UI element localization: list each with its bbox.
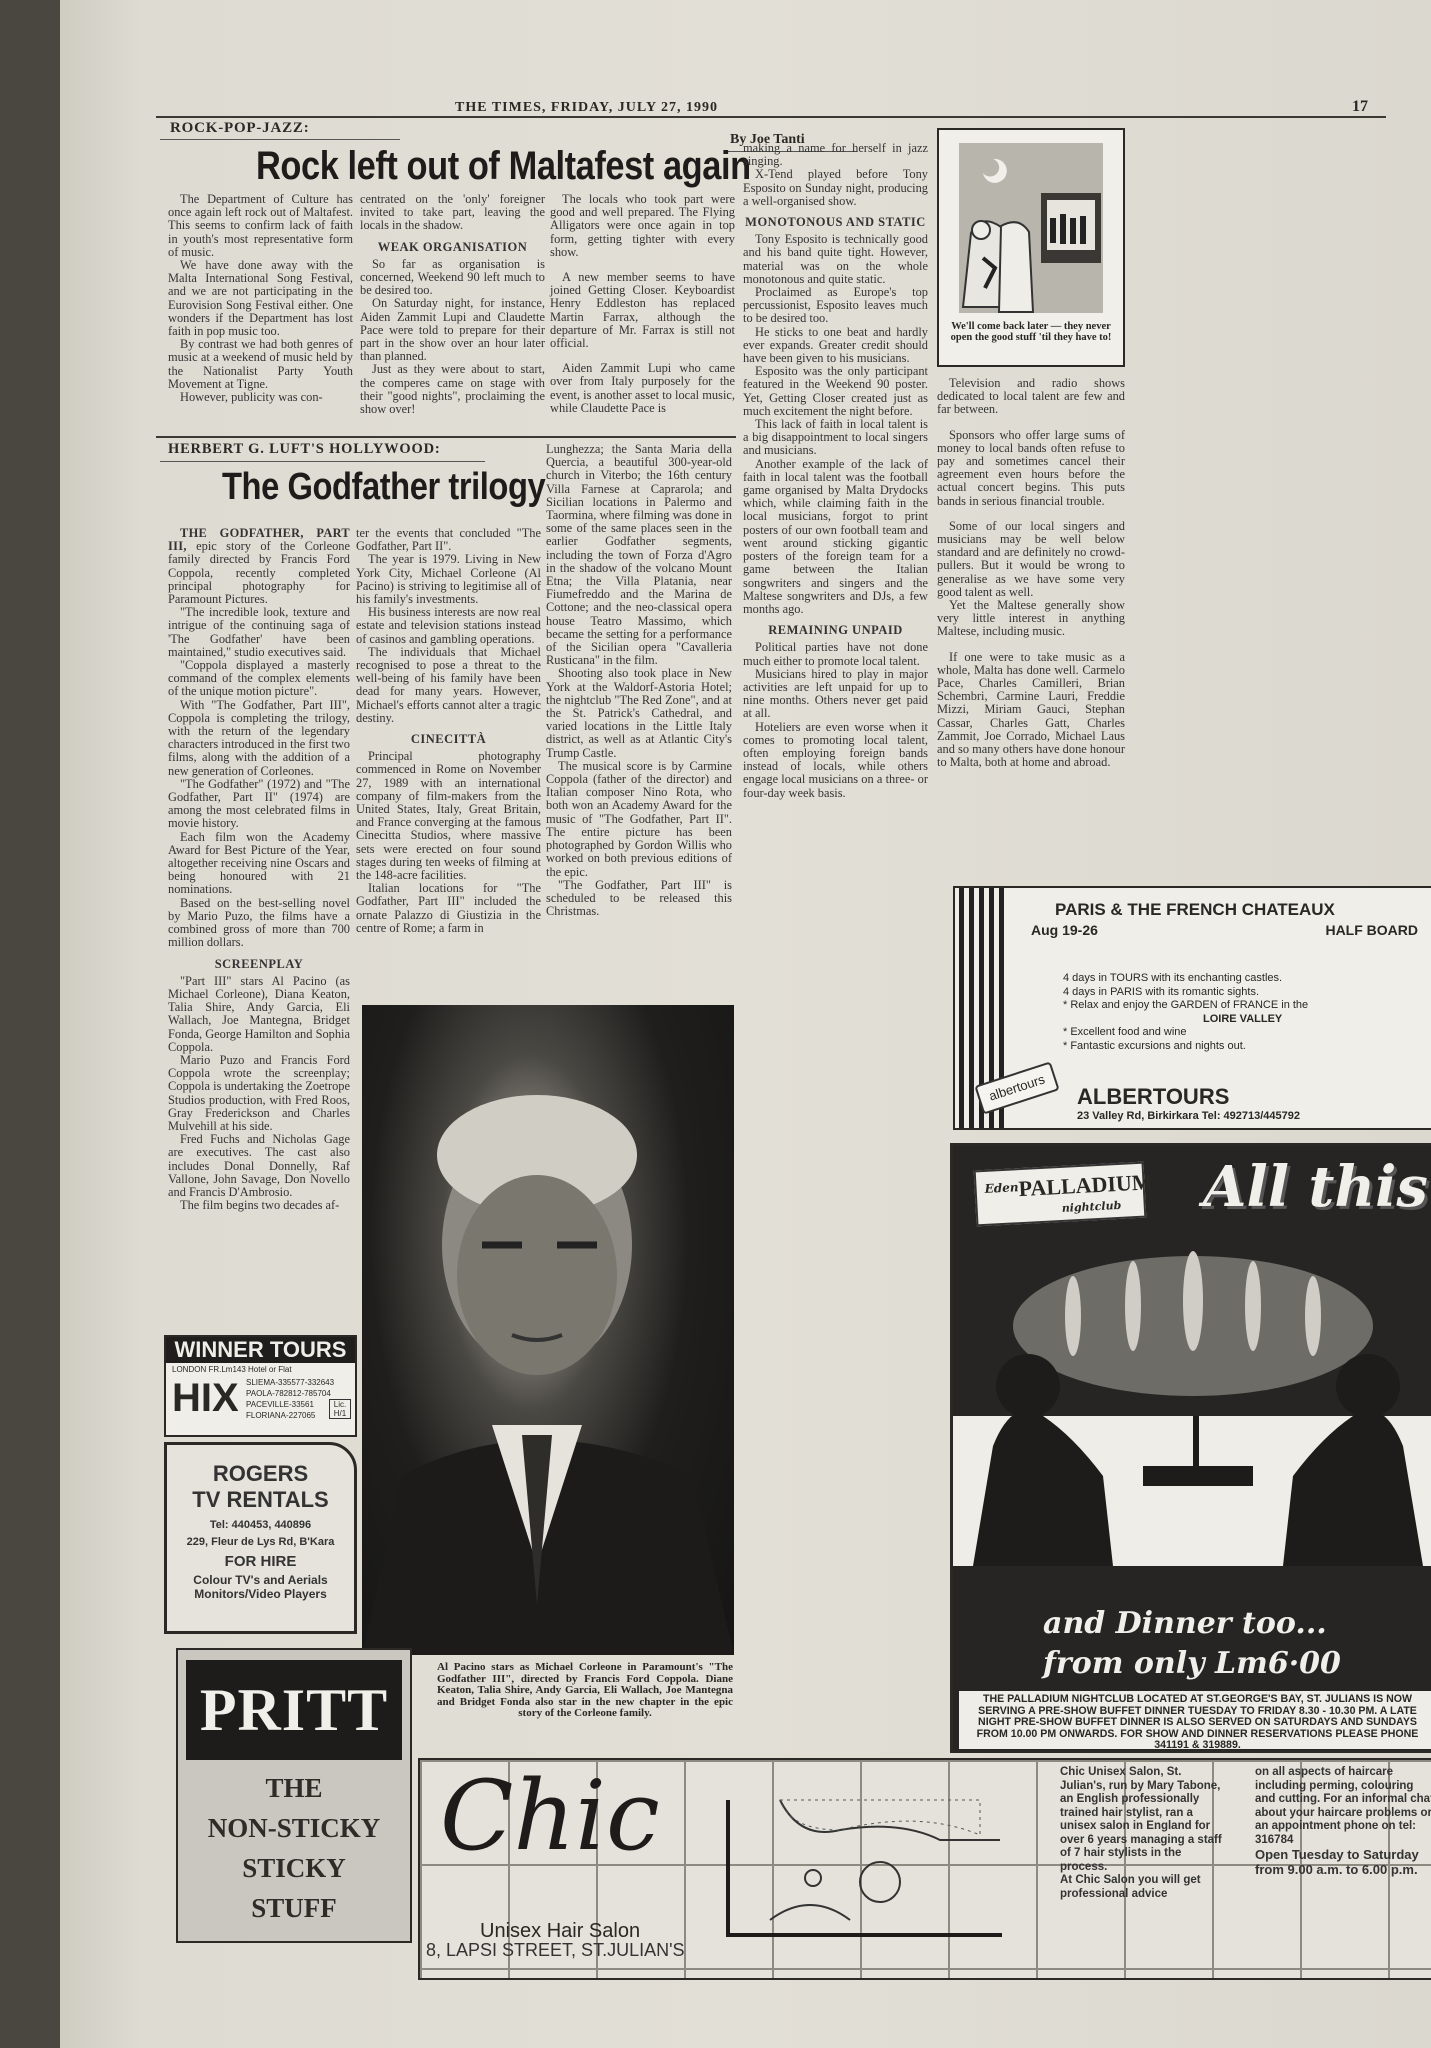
albertours-brand: ALBERTOURS — [1077, 1084, 1229, 1110]
cartoon-caption: We'll come back later — they never open … — [945, 321, 1117, 343]
palladium-price: from only Lm6·00 — [1043, 1646, 1341, 1681]
godfather-col-1: THE GODFATHER, PART III, epic story of t… — [168, 527, 350, 1212]
winner-tours-ad[interactable]: WINNER TOURS LONDON FR.Lm143 Hotel or Fl… — [164, 1335, 357, 1437]
subhead-weak-organisation: WEAK ORGANISATION — [360, 241, 545, 254]
running-header: THE TIMES, FRIDAY, JULY 27, 1990 — [455, 100, 718, 116]
rock-col-3: The locals who took part were good and w… — [550, 193, 735, 415]
pritt-ad[interactable]: PRITT THE NON-STICKY STICKY STUFF — [176, 1648, 412, 1943]
subhead-cinecitta: CINECITTÀ — [356, 733, 541, 746]
rock-col-4: making a name for herself in jazz singin… — [743, 142, 928, 800]
godfather-kicker: HERBERT G. LUFT'S HOLLYWOOD: — [168, 441, 440, 458]
newspaper-page: THE TIMES, FRIDAY, JULY 27, 1990 17 ROCK… — [60, 0, 1431, 2048]
location-map-icon — [720, 1790, 1010, 1940]
godfather-headline: The Godfather trilogy — [222, 466, 545, 509]
rock-col-2: centrated on the 'only' foreigner invite… — [360, 193, 545, 416]
palladium-tagline-1: and Dinner too... — [1043, 1606, 1327, 1641]
chic-address: 8, LAPSI STREET, ST.JULIAN'S — [426, 1940, 685, 1961]
cartoon-box: We'll come back later — they never open … — [937, 128, 1125, 367]
dinner-silhouette-icon — [953, 1246, 1431, 1566]
rock-headline: Rock left out of Maltafest again — [256, 144, 751, 189]
kicker-rule — [160, 139, 400, 140]
page-number: 17 — [1352, 98, 1368, 116]
godfather-col-3: Lunghezza; the Santa Maria della Quercia… — [546, 443, 732, 918]
palladium-ad[interactable]: Eden PALLADIUM nightclub All this and Di… — [950, 1143, 1431, 1753]
rogers-tv-ad[interactable]: ROGERS TV RENTALS Tel: 440453, 440896 22… — [164, 1442, 357, 1634]
hix-logo: HIX — [172, 1375, 239, 1421]
chic-logo: Chic — [440, 1760, 660, 1872]
subhead-screenplay: SCREENPLAY — [168, 958, 350, 971]
cartoon-illustration-icon — [941, 138, 1121, 318]
albertours-ad[interactable]: PARIS & THE FRENCH CHATEAUX Aug 19-26 HA… — [953, 886, 1431, 1130]
kicker-rule-2 — [160, 461, 485, 462]
palladium-details: THE PALLADIUM NIGHTCLUB LOCATED AT ST.GE… — [959, 1691, 1431, 1749]
photo-caption: Al Pacino stars as Michael Corleone in P… — [437, 1662, 733, 1720]
subhead-remaining-unpaid: REMAINING UNPAID — [743, 624, 928, 637]
palladium-logo-banner: Eden PALLADIUM nightclub — [974, 1162, 1147, 1227]
section-divider — [156, 436, 736, 438]
portrait-icon — [362, 1005, 734, 1655]
al-pacino-photo — [362, 1005, 734, 1655]
chic-salon-ad[interactable]: Chic Unisex Hair Salon 8, LAPSI STREET, … — [418, 1758, 1431, 1980]
subhead-monotonous: MONOTONOUS AND STATIC — [743, 216, 928, 229]
godfather-col-2: ter the events that concluded "The Godfa… — [356, 527, 541, 935]
winner-tours-title: WINNER TOURS — [166, 1337, 355, 1363]
rock-col-1: The Department of Culture has once again… — [168, 193, 353, 404]
header-rule — [156, 116, 1386, 118]
rock-kicker: ROCK-POP-JAZZ: — [170, 120, 310, 137]
pritt-logo: PRITT — [186, 1660, 402, 1760]
palladium-headline: All this — [1203, 1154, 1428, 1220]
rock-col-5: Television and radio shows dedicated to … — [937, 377, 1125, 769]
